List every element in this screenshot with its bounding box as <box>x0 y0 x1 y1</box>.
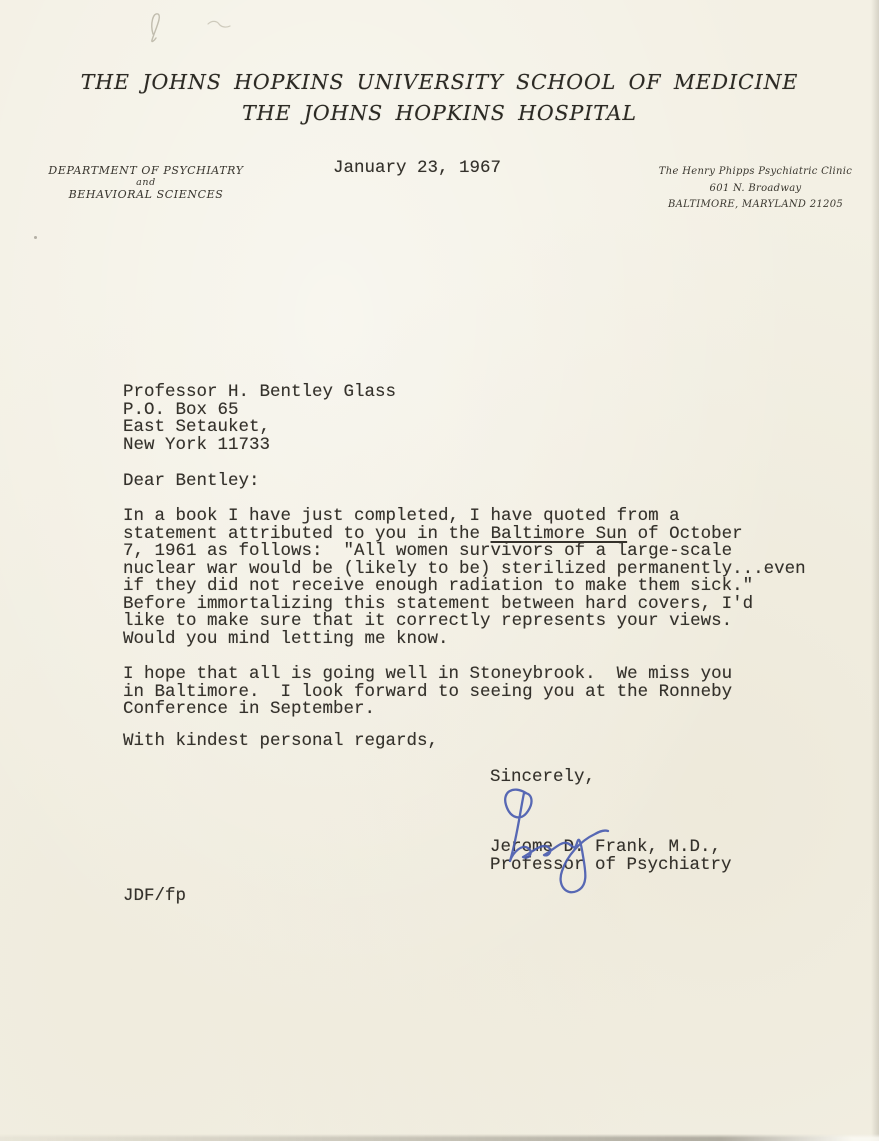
salutation: Dear Bentley: <box>123 473 260 491</box>
body-paragraph-2: I hope that all is going well in Stoneyb… <box>123 666 732 719</box>
department-line2: and <box>30 177 262 188</box>
ink-speck <box>34 236 37 239</box>
body-paragraph-1: In a book I have just completed, I have … <box>123 508 806 648</box>
letterhead-line2: THE JOHNS HOPKINS HOSPITAL <box>0 101 879 125</box>
reference-initials: JDF/fp <box>123 888 186 906</box>
letter-page: THE JOHNS HOPKINS UNIVERSITY SCHOOL OF M… <box>0 0 879 1141</box>
clinic-line3: BALTIMORE, MARYLAND 21205 <box>648 197 863 214</box>
signoff: Sincerely, <box>490 769 595 787</box>
clinic-line2: 601 N. Broadway <box>648 181 863 198</box>
department-block: DEPARTMENT OF PSYCHIATRY and BEHAVIORAL … <box>30 164 262 201</box>
closing-line: With kindest personal regards, <box>123 733 438 751</box>
scan-edge-right <box>871 0 879 1141</box>
scan-edge-bottom <box>0 1134 879 1141</box>
letterhead-line1: THE JOHNS HOPKINS UNIVERSITY SCHOOL OF M… <box>0 70 879 94</box>
clinic-line1: The Henry Phipps Psychiatric Clinic <box>648 164 863 181</box>
clinic-address-block: The Henry Phipps Psychiatric Clinic 601 … <box>648 164 863 214</box>
sender-name-block: Jerome D. Frank, M.D., Professor of Psyc… <box>490 839 732 874</box>
paragraph-1-text-after: of October 7, 1961 as follows: "All wome… <box>123 524 806 649</box>
department-line1: DEPARTMENT OF PSYCHIATRY <box>30 164 262 177</box>
letter-date: January 23, 1967 <box>333 160 501 178</box>
department-line3: BEHAVIORAL SCIENCES <box>30 188 262 201</box>
recipient-address: Professor H. Bentley Glass P.O. Box 65 E… <box>123 384 396 454</box>
